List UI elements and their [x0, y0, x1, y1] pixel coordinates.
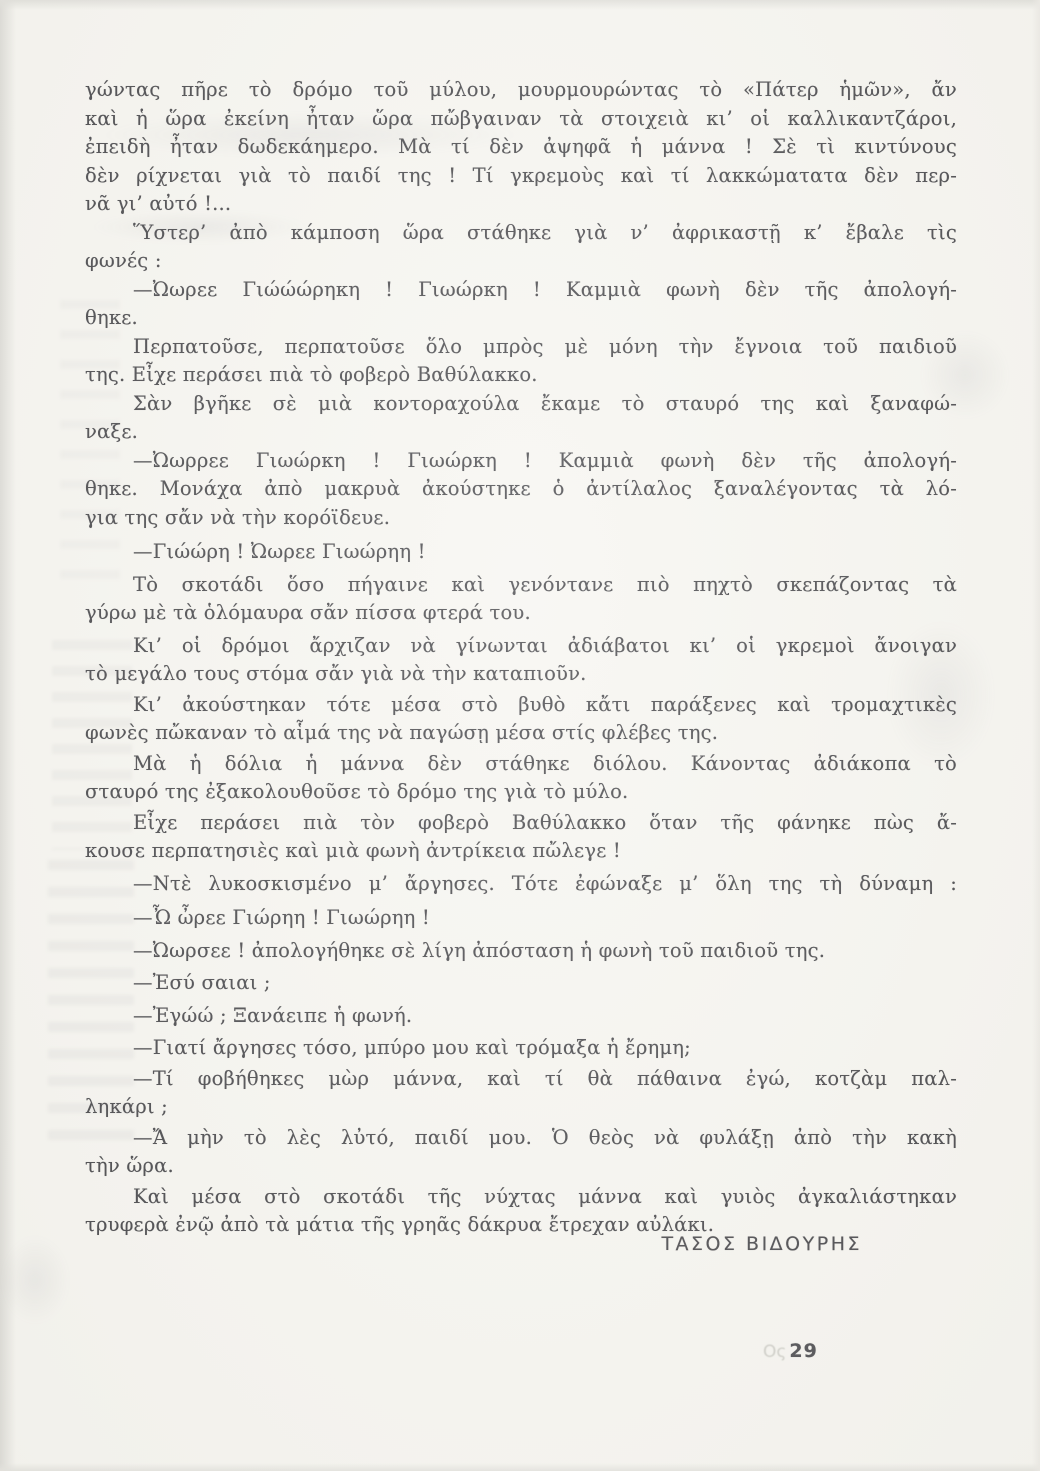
text-line: —Γιώώρη ! Ὠωρεε Γιωώρηη !: [85, 538, 957, 567]
text-line: —Ὠωρρεε Γιωώρκη ! Γιωώρκη ! Καμμιὰ φωνὴ …: [85, 447, 957, 476]
page-footer: Ος29: [763, 1340, 818, 1362]
text-line: ληκάρι ;: [85, 1093, 957, 1122]
text-line: —Ὦ ὦρεε Γιώρηη ! Γιωώρηη !: [85, 904, 957, 933]
text-line: φωνὲς πὤκαναν τὸ αἷμά της νὰ παγώσῃ μέσα…: [85, 719, 957, 748]
page-edge-shadow-top: [0, 0, 1040, 10]
scanned-book-page: γώντας πῆρε τὸ δρόμο τοῦ μύλου, μουρμουρ…: [0, 0, 1040, 1471]
text-line: —Ἄ μὴν τὸ λὲς λὐτό, παιδί μου. Ὁ θεὸς νὰ…: [85, 1124, 957, 1153]
text-line: ἐπειδὴ ἦταν δωδεκάημερο. Μὰ τί δὲν ἀψηφᾶ…: [85, 133, 957, 162]
text-line: Ὕστερ’ ἀπὸ κάμποση ὥρα στάθηκε γιὰ ν’ ἀφ…: [85, 219, 957, 248]
text-line: γώντας πῆρε τὸ δρόμο τοῦ μύλου, μουρμουρ…: [85, 76, 957, 105]
text-line: φωνές :: [85, 247, 957, 276]
text-line: Κι’ οἱ δρόμοι ἄρχιζαν νὰ γίνωνται ἀδιάβα…: [85, 632, 957, 661]
text-line: τὸ μεγάλο τους στόμα σἄν γιὰ νὰ τὴν κατα…: [85, 660, 957, 689]
page-edge-shadow-bottom: [0, 1463, 1040, 1471]
text-line: —Ντὲ λυκοσκισμένο μ’ ἄργησες. Τότε ἐφώνα…: [85, 870, 957, 899]
text-line: τὴν ὥρα.: [85, 1152, 957, 1181]
text-line: κουσε περπατησιὲς καὶ μιὰ φωνὴ ἀντρίκεια…: [85, 837, 957, 866]
author-name: ΤΑΣΟΣ ΒΙΔΟΥΡΗΣ: [661, 1233, 862, 1255]
text-line: —Ἐσύ σαιαι ;: [85, 969, 957, 998]
bleed-through-mark: Ος: [763, 1342, 786, 1362]
text-line: Μὰ ἡ δόλια ἡ μάννα δὲν στάθηκε διόλου. Κ…: [85, 750, 957, 779]
text-line: Σὰν βγῆκε σὲ μιὰ κοντοραχούλα ἔκαμε τὸ σ…: [85, 390, 957, 419]
page-number: 29: [789, 1340, 817, 1362]
text-line: καὶ ἡ ὥρα ἐκείνη ἦταν ὥρα πὤβγαιναν τὰ σ…: [85, 105, 957, 134]
text-line: της. Εἶχε περάσει πιὰ τὸ φοβερὸ Βαθύλακκ…: [85, 361, 957, 390]
text-line: ναξε.: [85, 418, 957, 447]
text-line: νᾶ γι’ αὐτό !...: [85, 190, 957, 219]
text-line: —Ἐγώώ ; Ξανάειπε ἡ φωνή.: [85, 1002, 957, 1031]
text-line: —Τί φοβήθηκες μὼρ μάννα, καὶ τί θὰ πάθαι…: [85, 1065, 957, 1094]
text-line: Τὸ σκοτάδι ὅσο πήγαινε καὶ γενόντανε πιὸ…: [85, 571, 957, 600]
text-line: Κι’ ἀκούστηκαν τότε μέσα στὸ βυθὸ κἄτι π…: [85, 691, 957, 720]
text-line: σταυρό της ἐξακολουθοῦσε τὸ δρόμο της γι…: [85, 778, 957, 807]
story-text-block: γώντας πῆρε τὸ δρόμο τοῦ μύλου, μουρμουρ…: [85, 76, 957, 1240]
text-line: δὲν ρίχνεται γιὰ τὸ παιδί της ! Τί γκρεμ…: [85, 162, 957, 191]
text-line: Καὶ μέσα στὸ σκοτάδι τῆς νύχτας μάννα κα…: [85, 1183, 957, 1212]
page-edge-shadow-left: [0, 0, 16, 1471]
page-edge-shadow-right: [1032, 0, 1040, 1471]
text-line: θηκε. Μονάχα ἀπὸ μακρυὰ ἀκούστηκε ὁ ἀντί…: [85, 475, 957, 504]
text-line: γύρω μὲ τὰ ὁλόμαυρα σἄν πίσσα φτερά του.: [85, 599, 957, 628]
text-line: —Ὠωρσεε ! ἀπολογήθηκε σὲ λίγη ἀπόσταση ἡ…: [85, 937, 957, 966]
text-line: —Ὠωρεε Γιώώώρηκη ! Γιωώρκη ! Καμμιὰ φωνὴ…: [85, 276, 957, 305]
text-line: Περπατοῦσε, περπατοῦσε ὅλο μπρὸς μὲ μόνη…: [85, 333, 957, 362]
text-line: θηκε.: [85, 304, 957, 333]
text-line: για της σἄν νὰ τὴν κορόϊδευε.: [85, 504, 957, 533]
text-line: Εἶχε περάσει πιὰ τὸν φοβερὸ Βαθύλακκο ὅτ…: [85, 809, 957, 838]
text-line: —Γιατί ἄργησες τόσο, μπύρο μου καὶ τρόμα…: [85, 1034, 957, 1063]
